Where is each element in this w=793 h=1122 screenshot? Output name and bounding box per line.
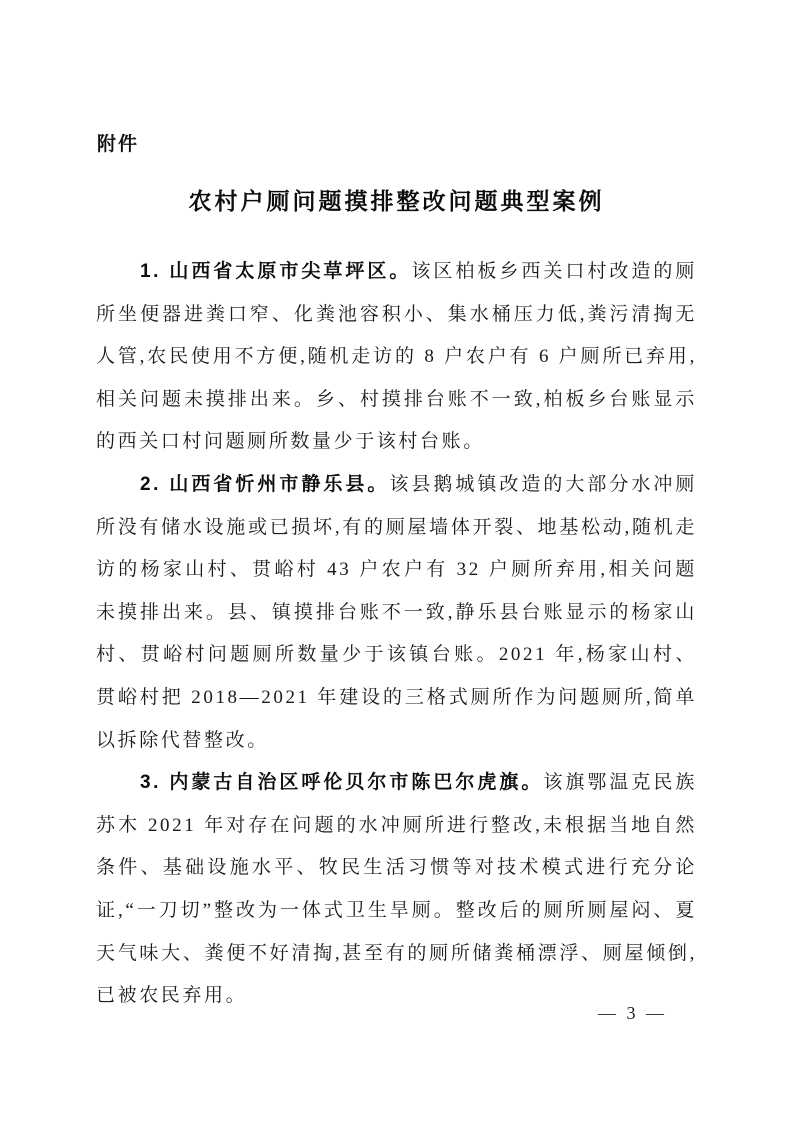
case-paragraph-1: 1. 山西省太原市尖草坪区。该区柏板乡西关口村改造的厕所坐便器进粪口窄、化粪池容… [96,251,697,464]
case-paragraph-3: 3. 内蒙古自治区呼伦贝尔市陈巴尔虎旗。该旗鄂温克民族苏木 2021 年对存在问… [96,762,697,1018]
document-page: 附件 农村户厕问题摸排整改问题典型案例 1. 山西省太原市尖草坪区。该区柏板乡西… [0,0,793,1122]
attachment-label: 附件 [97,129,139,156]
page-number: — 3 — [598,1003,667,1024]
document-body: 1. 山西省太原市尖草坪区。该区柏板乡西关口村改造的厕所坐便器进粪口窄、化粪池容… [96,251,697,1018]
case-paragraph-1-lead: 1. 山西省太原市尖草坪区。 [140,261,411,282]
case-paragraph-2-lead: 2. 山西省忻州市静乐县。 [140,474,389,495]
case-paragraph-3-text: 该旗鄂温克民族苏木 2021 年对存在问题的水冲厕所进行整改,未根据当地自然条件… [96,772,697,1006]
case-paragraph-2: 2. 山西省忻州市静乐县。该县鹅城镇改造的大部分水冲厕所没有储水设施或已损坏,有… [96,464,697,762]
case-paragraph-2-text: 该县鹅城镇改造的大部分水冲厕所没有储水设施或已损坏,有的厕屋墙体开裂、地基松动,… [96,474,697,751]
document-title: 农村户厕问题摸排整改问题典型案例 [0,183,793,216]
case-paragraph-3-lead: 3. 内蒙古自治区呼伦贝尔市陈巴尔虎旗。 [140,772,543,793]
case-paragraph-1-text: 该区柏板乡西关口村改造的厕所坐便器进粪口窄、化粪池容积小、集水桶压力低,粪污清掏… [96,261,697,452]
